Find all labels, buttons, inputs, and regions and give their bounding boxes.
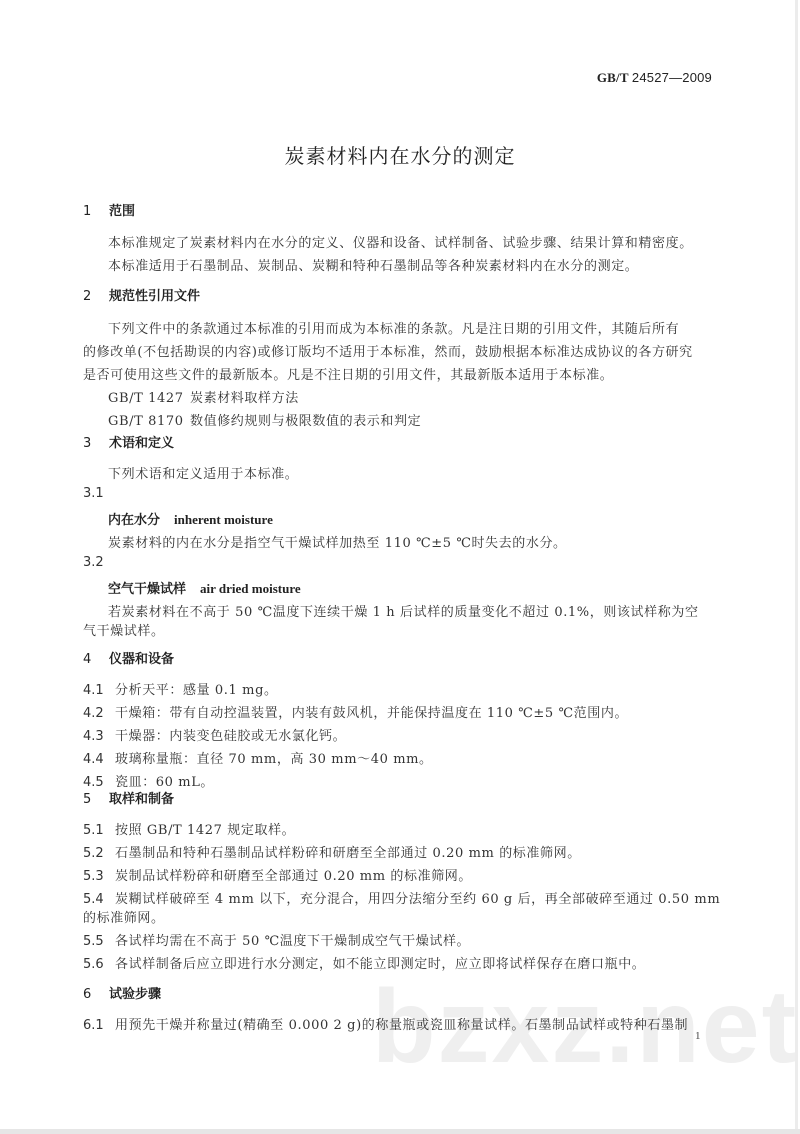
clause: 4.1分析天平：感量 0.1 mg。 (83, 679, 278, 698)
reference-item: GB/T 8170数值修约规则与极限数值的表示和判定 (108, 410, 421, 429)
section-3-intro: 下列术语和定义适用于本标准。 (108, 463, 298, 482)
term-heading: 内在水分inherent moisture (108, 509, 273, 528)
term-en: air dried moisture (200, 581, 301, 596)
term-definition: 炭素材料的内在水分是指空气干燥试样加热至 110 ℃±5 ℃时失去的水分。 (108, 532, 567, 551)
term-zh: 空气干燥试样 (108, 582, 186, 597)
standard-code: GB/T 24527—2009 (597, 70, 712, 86)
clause: 4.4玻璃称量瓶：直径 70 mm，高 30 mm～40 mm。 (83, 748, 433, 767)
page-number: 1 (695, 1030, 701, 1042)
section-2-paragraph-line: 的修改单(不包括勘误的内容)或修订版均不适用于本标准，然而，鼓励根据本标准达成协… (83, 341, 693, 360)
section-1-heading: 1范围 (83, 200, 135, 219)
section-1-paragraph: 本标准规定了炭素材料内在水分的定义、仪器和设备、试样制备、试验步骤、结果计算和精… (108, 232, 693, 251)
section-2-paragraph-line: 下列文件中的条款通过本标准的引用而成为本标准的条款。凡是注日期的引用文件，其随后… (108, 318, 679, 337)
section-6-heading: 6试验步骤 (83, 983, 161, 1002)
clause: 5.2石墨制品和特种石墨制品试样粉碎和研磨至全部通过 0.20 mm 的标准筛网… (83, 842, 581, 861)
clause: 4.3干燥器：内装变色硅胶或无水氯化钙。 (83, 725, 346, 744)
term-number: 3.1 (83, 486, 104, 501)
term-definition: 若炭素材料在不高于 50 ℃温度下连续干燥 1 h 后试样的质量变化不超过 0.… (108, 601, 699, 620)
term-en: inherent moisture (174, 512, 273, 527)
section-4-heading: 4仪器和设备 (83, 648, 174, 667)
document-title: 炭素材料内在水分的测定 (0, 140, 800, 169)
document-page: bzxz.net GB/T 24527—2009 炭素材料内在水分的测定 1范围… (0, 0, 800, 1134)
clause: 5.1按照 GB/T 1427 规定取样。 (83, 819, 295, 838)
reference-code: GB/T 1427 (108, 391, 190, 406)
section-2-paragraph-line: 是否可使用这些文件的最新版本。凡是不注日期的引用文件，其最新版本适用于本标准。 (83, 364, 613, 383)
section-3-heading: 3术语和定义 (83, 432, 174, 451)
clause-continuation: 的标准筛网。 (83, 907, 165, 926)
section-5-heading: 5取样和制备 (83, 788, 174, 807)
clause: 5.6各试样制备后应立即进行水分测定，如不能立即测定时，应立即将试样保存在磨口瓶… (83, 953, 645, 972)
reference-title: 数值修约规则与极限数值的表示和判定 (190, 414, 421, 429)
clause: 5.5各试样均需在不高于 50 ℃温度下干燥制成空气干燥试样。 (83, 930, 470, 949)
clause: 4.2干燥箱：带有自动控温装置，内装有鼓风机，并能保持温度在 110 ℃±5 ℃… (83, 702, 628, 721)
term-number: 3.2 (83, 555, 104, 570)
clause: 5.3炭制品试样粉碎和研磨至全部通过 0.20 mm 的标准筛网。 (83, 865, 472, 884)
term-zh: 内在水分 (108, 513, 160, 528)
section-1-paragraph: 本标准适用于石墨制品、炭制品、炭糊和特种石墨制品等各种炭素材料内在水分的测定。 (108, 255, 638, 274)
reference-title: 炭素材料取样方法 (190, 391, 299, 406)
clause: 5.4炭糊试样破碎至 4 mm 以下，充分混合，用四分法缩分至约 60 g 后，… (83, 888, 720, 907)
section-2-heading: 2规范性引用文件 (83, 285, 200, 304)
reference-item: GB/T 1427炭素材料取样方法 (108, 387, 299, 406)
clause: 6.1用预先干燥并称量过(精确至 0.000 2 g)的称量瓶或瓷皿称量试样。石… (83, 1014, 688, 1033)
term-definition: 气干燥试样。 (83, 620, 165, 639)
reference-code: GB/T 8170 (108, 414, 190, 429)
standard-code-number: 24527—2009 (632, 70, 712, 85)
term-heading: 空气干燥试样air dried moisture (108, 578, 301, 597)
standard-code-prefix: GB/T (597, 70, 629, 85)
